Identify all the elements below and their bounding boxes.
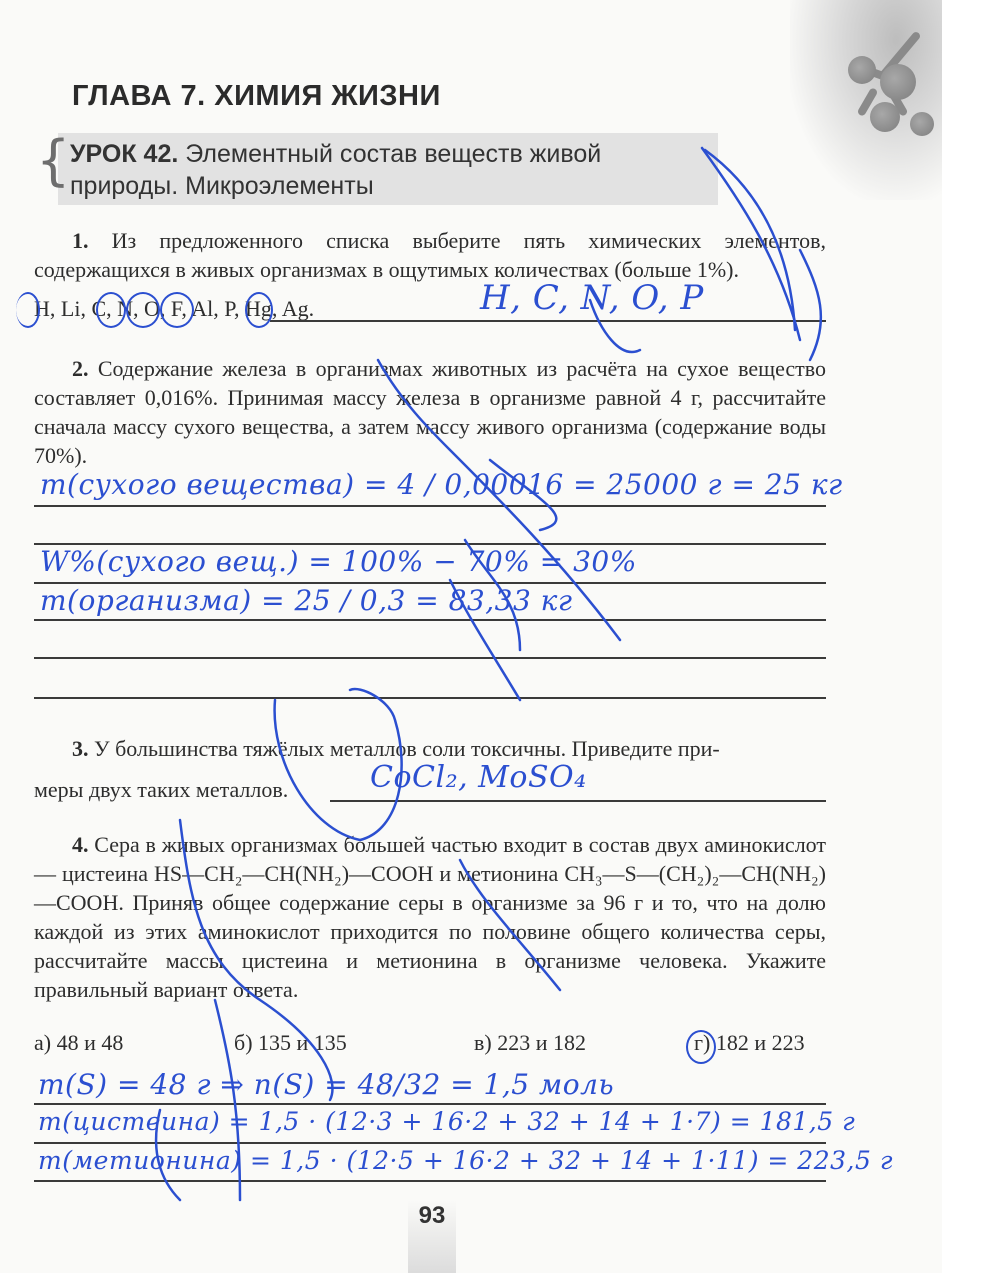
page-number: 93 <box>408 1200 456 1273</box>
lesson-title: УРОК 42. Элементный состав веществ живой… <box>70 138 720 202</box>
circle-mark <box>245 292 273 328</box>
option-c[interactable]: в) 223 и 182 <box>474 1030 586 1056</box>
scan-margin <box>942 0 1000 1273</box>
answer-line <box>34 657 826 659</box>
handwritten-answer: CoCl₂, MoSO₄ <box>370 760 587 795</box>
task-2-number: 2. <box>72 356 89 381</box>
handwritten-line: m(организма) = 25 / 0,3 = 83,33 кг <box>40 584 573 617</box>
task-2: 2. Содержание железа в организмах животн… <box>34 354 826 470</box>
task-4-and: и метионина <box>439 861 558 886</box>
molecule-icon <box>820 20 940 130</box>
handwritten-line: m(сухого вещества) = 4 / 0,00016 = 25000… <box>40 468 843 501</box>
task-4: 4. Сера в живых организмах большей часть… <box>34 830 826 1004</box>
circle-mark <box>16 292 40 328</box>
handwritten-line: m(метионина) = 1,5 · (12·5 + 16·2 + 32 +… <box>38 1146 893 1175</box>
task-2-text: Содержание железа в организмах животных … <box>34 356 826 468</box>
task-1-number: 1. <box>72 228 89 253</box>
handwritten-answer: H, C, N, O, P <box>480 278 704 318</box>
option-b[interactable]: б) 135 и 135 <box>234 1030 347 1056</box>
task-1-text: Из предложенного списка выберите пять хи… <box>34 228 826 282</box>
answer-line <box>34 619 826 621</box>
task-1-element-list: H, Li, C, N, O, F, Al, P, Hg, Ag. <box>34 294 414 323</box>
lesson-title-line2: природы. Микроэлементы <box>70 172 374 200</box>
brace-icon: { <box>36 134 70 188</box>
task-3-number: 3. <box>72 736 89 761</box>
answer-line <box>34 1103 826 1105</box>
circle-mark <box>96 292 126 328</box>
task-1: 1. Из предложенного списка выберите пять… <box>34 226 826 284</box>
chapter-title: ГЛАВА 7. ХИМИЯ ЖИЗНИ <box>72 80 441 113</box>
task-3-line2: меры двух таких металлов. <box>34 775 334 804</box>
handwritten-line: m(S) = 48 г ⇒ n(S) = 48/32 = 1,5 моль <box>38 1068 614 1101</box>
answer-line <box>330 800 826 802</box>
lesson-title-line1: Элементный состав веществ живой <box>185 140 601 168</box>
circle-mark <box>126 292 160 328</box>
handwritten-line: m(цистеина) = 1,5 · (12·3 + 16·2 + 32 + … <box>38 1107 855 1136</box>
task-3-text: У большинства тяжёлых металлов соли токс… <box>94 736 720 761</box>
handwritten-line: W%(сухого вещ.) = 100% − 70% = 30% <box>40 545 637 578</box>
selected-option-circle <box>686 1030 716 1064</box>
task-4-number: 4. <box>72 832 89 857</box>
answer-line <box>34 1142 826 1144</box>
answer-line <box>34 1180 826 1182</box>
answer-line <box>34 505 826 507</box>
circle-mark <box>160 292 194 328</box>
option-a[interactable]: а) 48 и 48 <box>34 1030 123 1056</box>
lesson-label: УРОК 42. <box>70 140 178 168</box>
answer-line <box>34 697 826 699</box>
answer-line <box>270 320 826 322</box>
task-4-text-rest: Приняв общее содержание серы в организме… <box>34 890 826 1002</box>
task-3: 3. У большинства тяжёлых металлов соли т… <box>34 734 826 763</box>
cysteine-formula: HS—CH₂—CH(NH₂)—COOH <box>154 861 433 886</box>
